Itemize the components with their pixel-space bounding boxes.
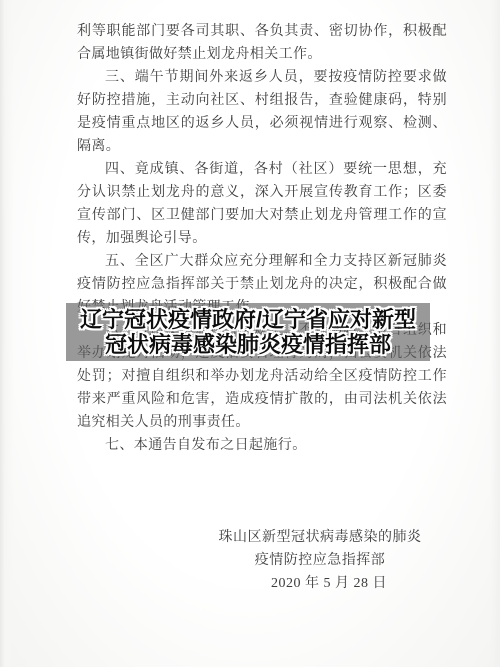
signature-date: 2020 年 5 月 28 日 <box>200 572 440 595</box>
doc-line: 利等职能部门要各司其职、各负其责、密切协作，积极配 <box>77 20 447 43</box>
doc-line: 是疫情重点地区的返乡人员，必须视情进行观察、检测、 <box>77 112 447 135</box>
doc-line: 宣传部门、区卫健部门要加大对禁止划龙舟管理工作的宣 <box>77 204 447 227</box>
signature-org-line1: 珠山区新型冠状病毒感染的肺炎 <box>200 526 440 549</box>
notice-body: 利等职能部门要各司其职、各负其责、密切协作，积极配 合属地镇街做好禁止划龙舟相关… <box>77 20 447 457</box>
doc-line: 追究相关人员的刑事责任。 <box>77 411 447 434</box>
doc-line: 隔离。 <box>77 135 447 158</box>
doc-line: 疫情防控应急指挥部关于禁止划龙舟的决定，积极配合做 <box>77 273 447 296</box>
signature-block: 珠山区新型冠状病毒感染的肺炎 疫情防控应急指挥部 2020 年 5 月 28 日 <box>200 526 440 595</box>
doc-line: 五、全区广大群众应充分理解和全力支持区新冠肺炎 <box>77 250 447 273</box>
doc-line: 分认识禁止划龙舟的意义，深入开展宣传教育工作；区委 <box>77 181 447 204</box>
signature-org-line2: 疫情防控应急指挥部 <box>200 549 440 572</box>
doc-line: 合属地镇街做好禁止划龙舟相关工作。 <box>77 43 447 66</box>
doc-line: 带来严重风险和危害，造成疫情扩散的，由司法机关依法 <box>77 388 447 411</box>
watermark-title-line1: 辽宁冠状疫情政府/辽宁省应对新型 <box>80 307 416 332</box>
doc-line: 七、本通告自发布之日起施行。 <box>77 434 447 457</box>
doc-line: 三、端午节期间外来返乡人员，要按疫情防控要求做 <box>77 66 447 89</box>
doc-line: 好防控措施，主动向社区、村组报告，查验健康码，特别 <box>77 89 447 112</box>
watermark-overlay-band: 辽宁冠状疫情政府/辽宁省应对新型 冠状病毒感染肺炎疫情指挥部 <box>66 303 430 361</box>
watermark-title-line2: 冠状病毒感染肺炎疫情指挥部 <box>105 332 391 357</box>
scanned-page: 利等职能部门要各司其职、各负其责、密切协作，积极配 合属地镇街做好禁止划龙舟相关… <box>0 0 500 667</box>
doc-line: 四、竟成镇、各街道，各村（社区）要统一思想，充 <box>77 158 447 181</box>
doc-line: 传，加强舆论引导。 <box>77 227 447 250</box>
doc-line: 处罚；对擅自组织和举办划龙舟活动给全区疫情防控工作 <box>77 365 447 388</box>
